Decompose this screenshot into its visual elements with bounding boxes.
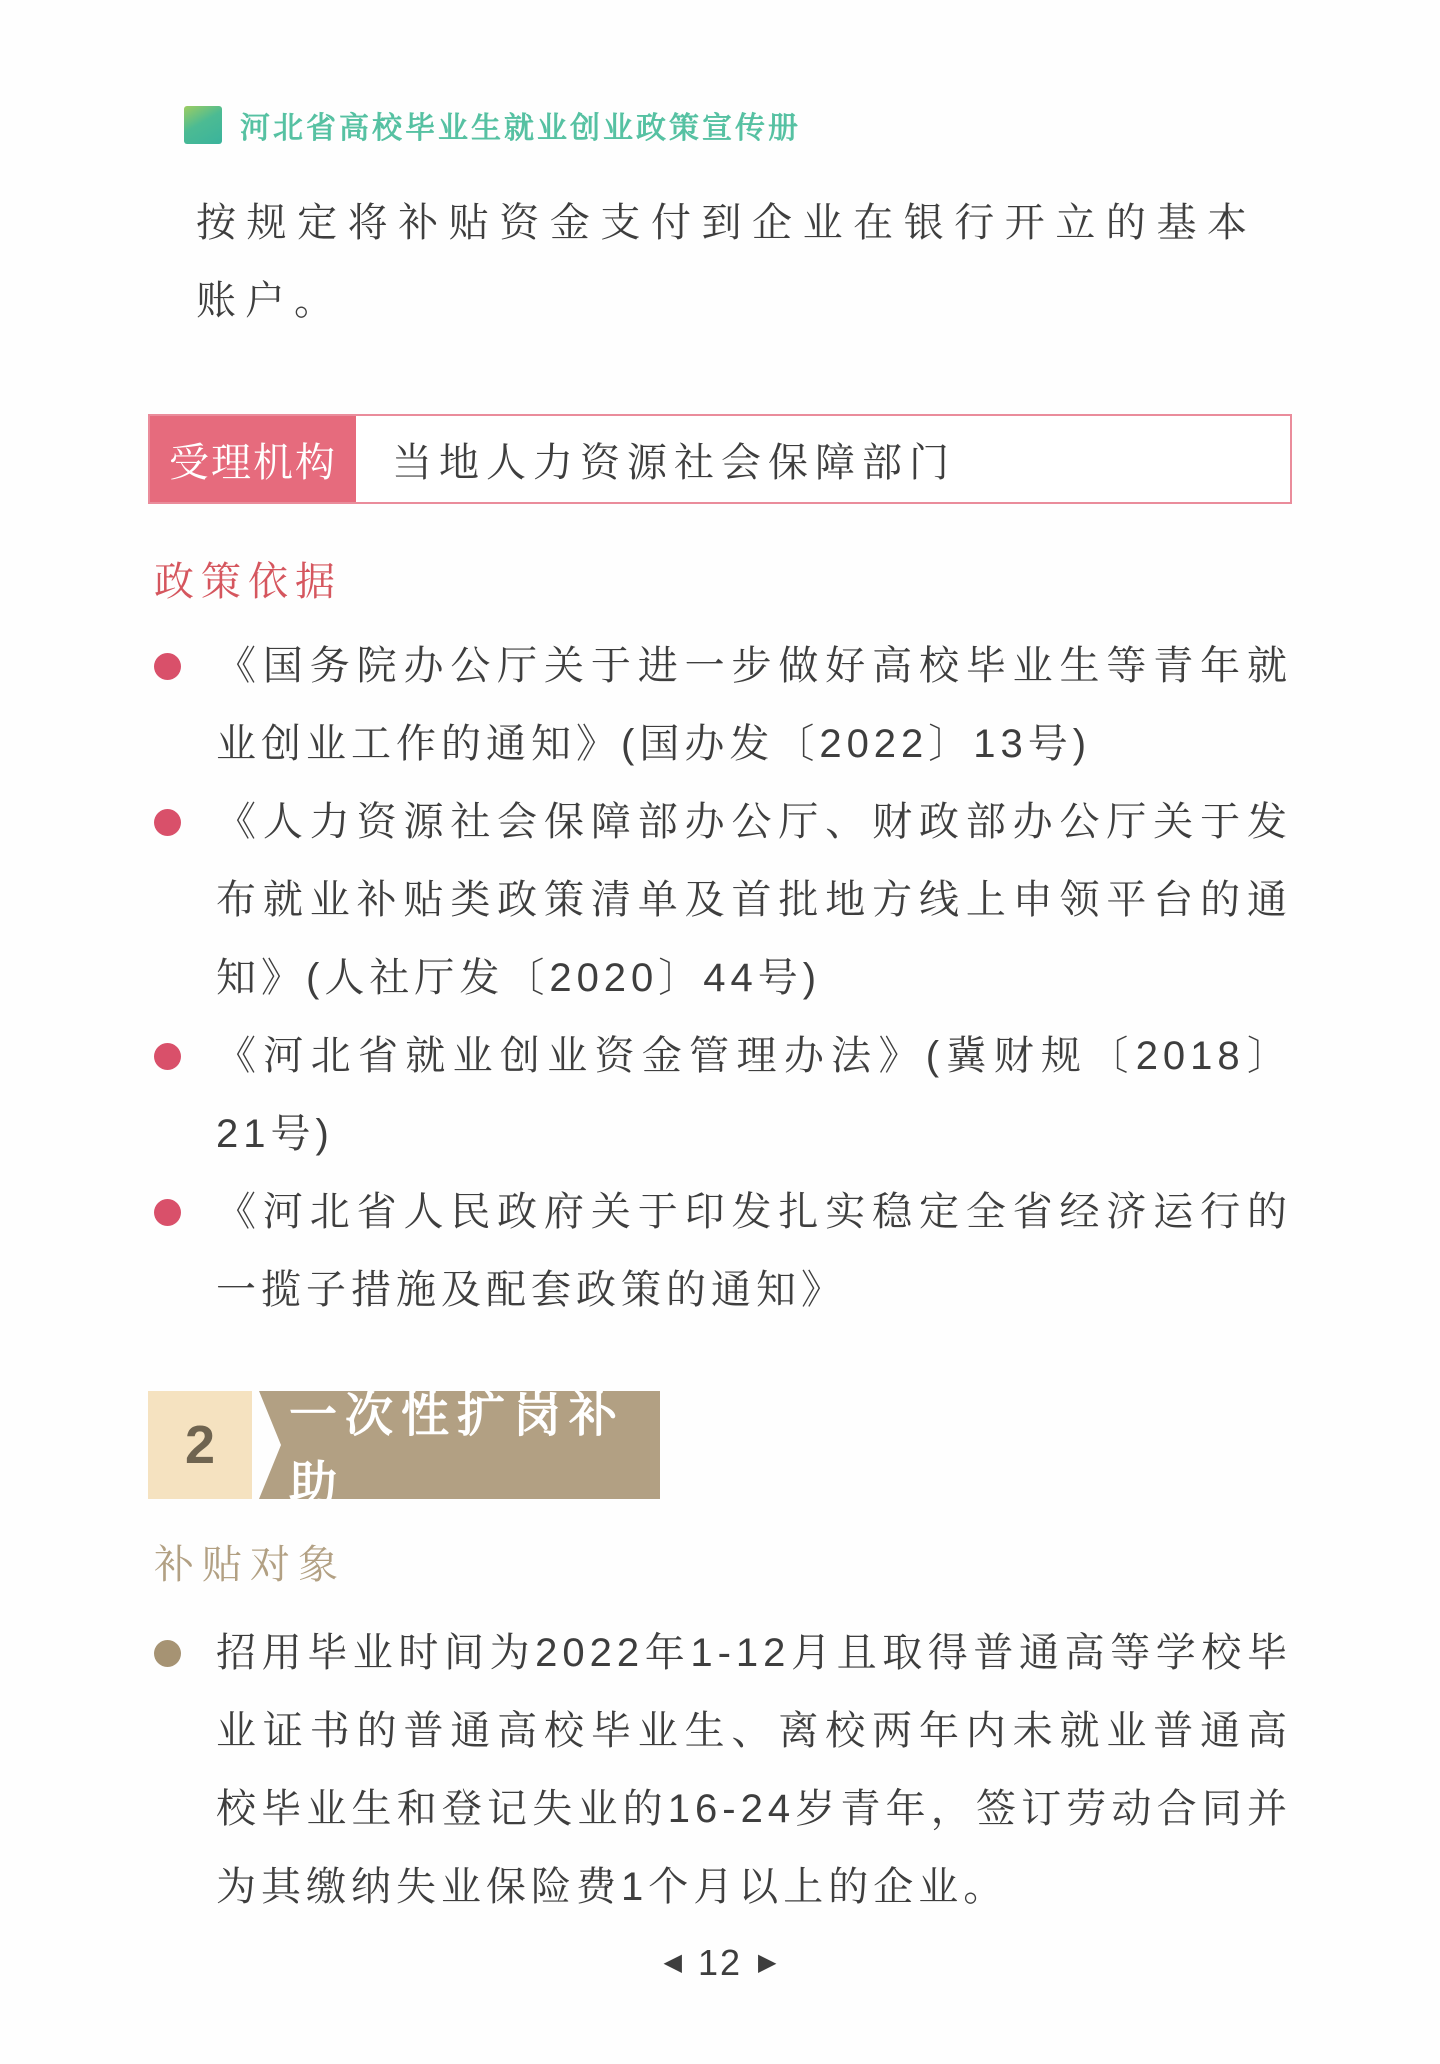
policy-item-text: 《河北省人民政府关于印发扎实稳定全省经济运行的一揽子措施及配套政策的通知》 (216, 1190, 1292, 1312)
policy-item-text: 《国务院办公厅关于进一步做好高校毕业生等青年就业创业工作的通知》(国办发〔202… (216, 644, 1292, 766)
section-title: 一次性扩岗补助 (259, 1391, 660, 1499)
list-item: 《河北省就业创业资金管理办法》(冀财规〔2018〕21号) (148, 1017, 1292, 1173)
acceptance-box: 受理机构 当地人力资源社会保障部门 (148, 414, 1292, 504)
bullet-icon (154, 1199, 181, 1226)
list-item: 《河北省人民政府关于印发扎实稳定全省经济运行的一揽子措施及配套政策的通知》 (148, 1173, 1292, 1329)
intro-paragraph: 按规定将补贴资金支付到企业在银行开立的基本账户。 (196, 184, 1256, 340)
subsidy-item-text: 招用毕业时间为2022年1-12月且取得普通高等学校毕业证书的普通高校毕业生、离… (216, 1631, 1292, 1909)
policy-basis-list: 《国务院办公厅关于进一步做好高校毕业生等青年就业创业工作的通知》(国办发〔202… (148, 627, 1292, 1329)
page-footer: ◀ 12 ▶ (148, 1942, 1292, 1984)
prev-page-icon[interactable]: ◀ (664, 1951, 682, 1975)
bullet-icon (154, 1043, 181, 1070)
brochure-logo-icon (184, 106, 222, 144)
policy-basis-heading: 政策依据 (154, 550, 1292, 607)
subsidy-target-heading: 补贴对象 (154, 1533, 1292, 1590)
policy-item-text: 《人力资源社会保障部办公厅、财政部办公厅关于发布就业补贴类政策清单及首批地方线上… (216, 800, 1292, 1000)
acceptance-value: 当地人力资源社会保障部门 (356, 416, 956, 502)
section-number: 2 (148, 1391, 252, 1499)
list-item: 招用毕业时间为2022年1-12月且取得普通高等学校毕业证书的普通高校毕业生、离… (148, 1614, 1292, 1926)
bullet-icon (154, 653, 181, 680)
next-page-icon[interactable]: ▶ (758, 1951, 776, 1975)
section-header: 2 一次性扩岗补助 (148, 1391, 660, 1499)
acceptance-label: 受理机构 (150, 416, 356, 502)
bullet-icon (154, 809, 181, 836)
subsidy-target-list: 招用毕业时间为2022年1-12月且取得普通高等学校毕业证书的普通高校毕业生、离… (148, 1614, 1292, 1926)
page-header: 河北省高校毕业生就业创业政策宣传册 (184, 100, 1292, 150)
policy-item-text: 《河北省就业创业资金管理办法》(冀财规〔2018〕21号) (216, 1034, 1292, 1156)
bullet-icon (154, 1640, 181, 1667)
list-item: 《国务院办公厅关于进一步做好高校毕业生等青年就业创业工作的通知》(国办发〔202… (148, 627, 1292, 783)
brochure-page: 河北省高校毕业生就业创业政策宣传册 按规定将补贴资金支付到企业在银行开立的基本账… (0, 0, 1440, 2064)
page-number: 12 (698, 1942, 742, 1984)
brochure-title: 河北省高校毕业生就业创业政策宣传册 (240, 103, 801, 147)
list-item: 《人力资源社会保障部办公厅、财政部办公厅关于发布就业补贴类政策清单及首批地方线上… (148, 783, 1292, 1017)
